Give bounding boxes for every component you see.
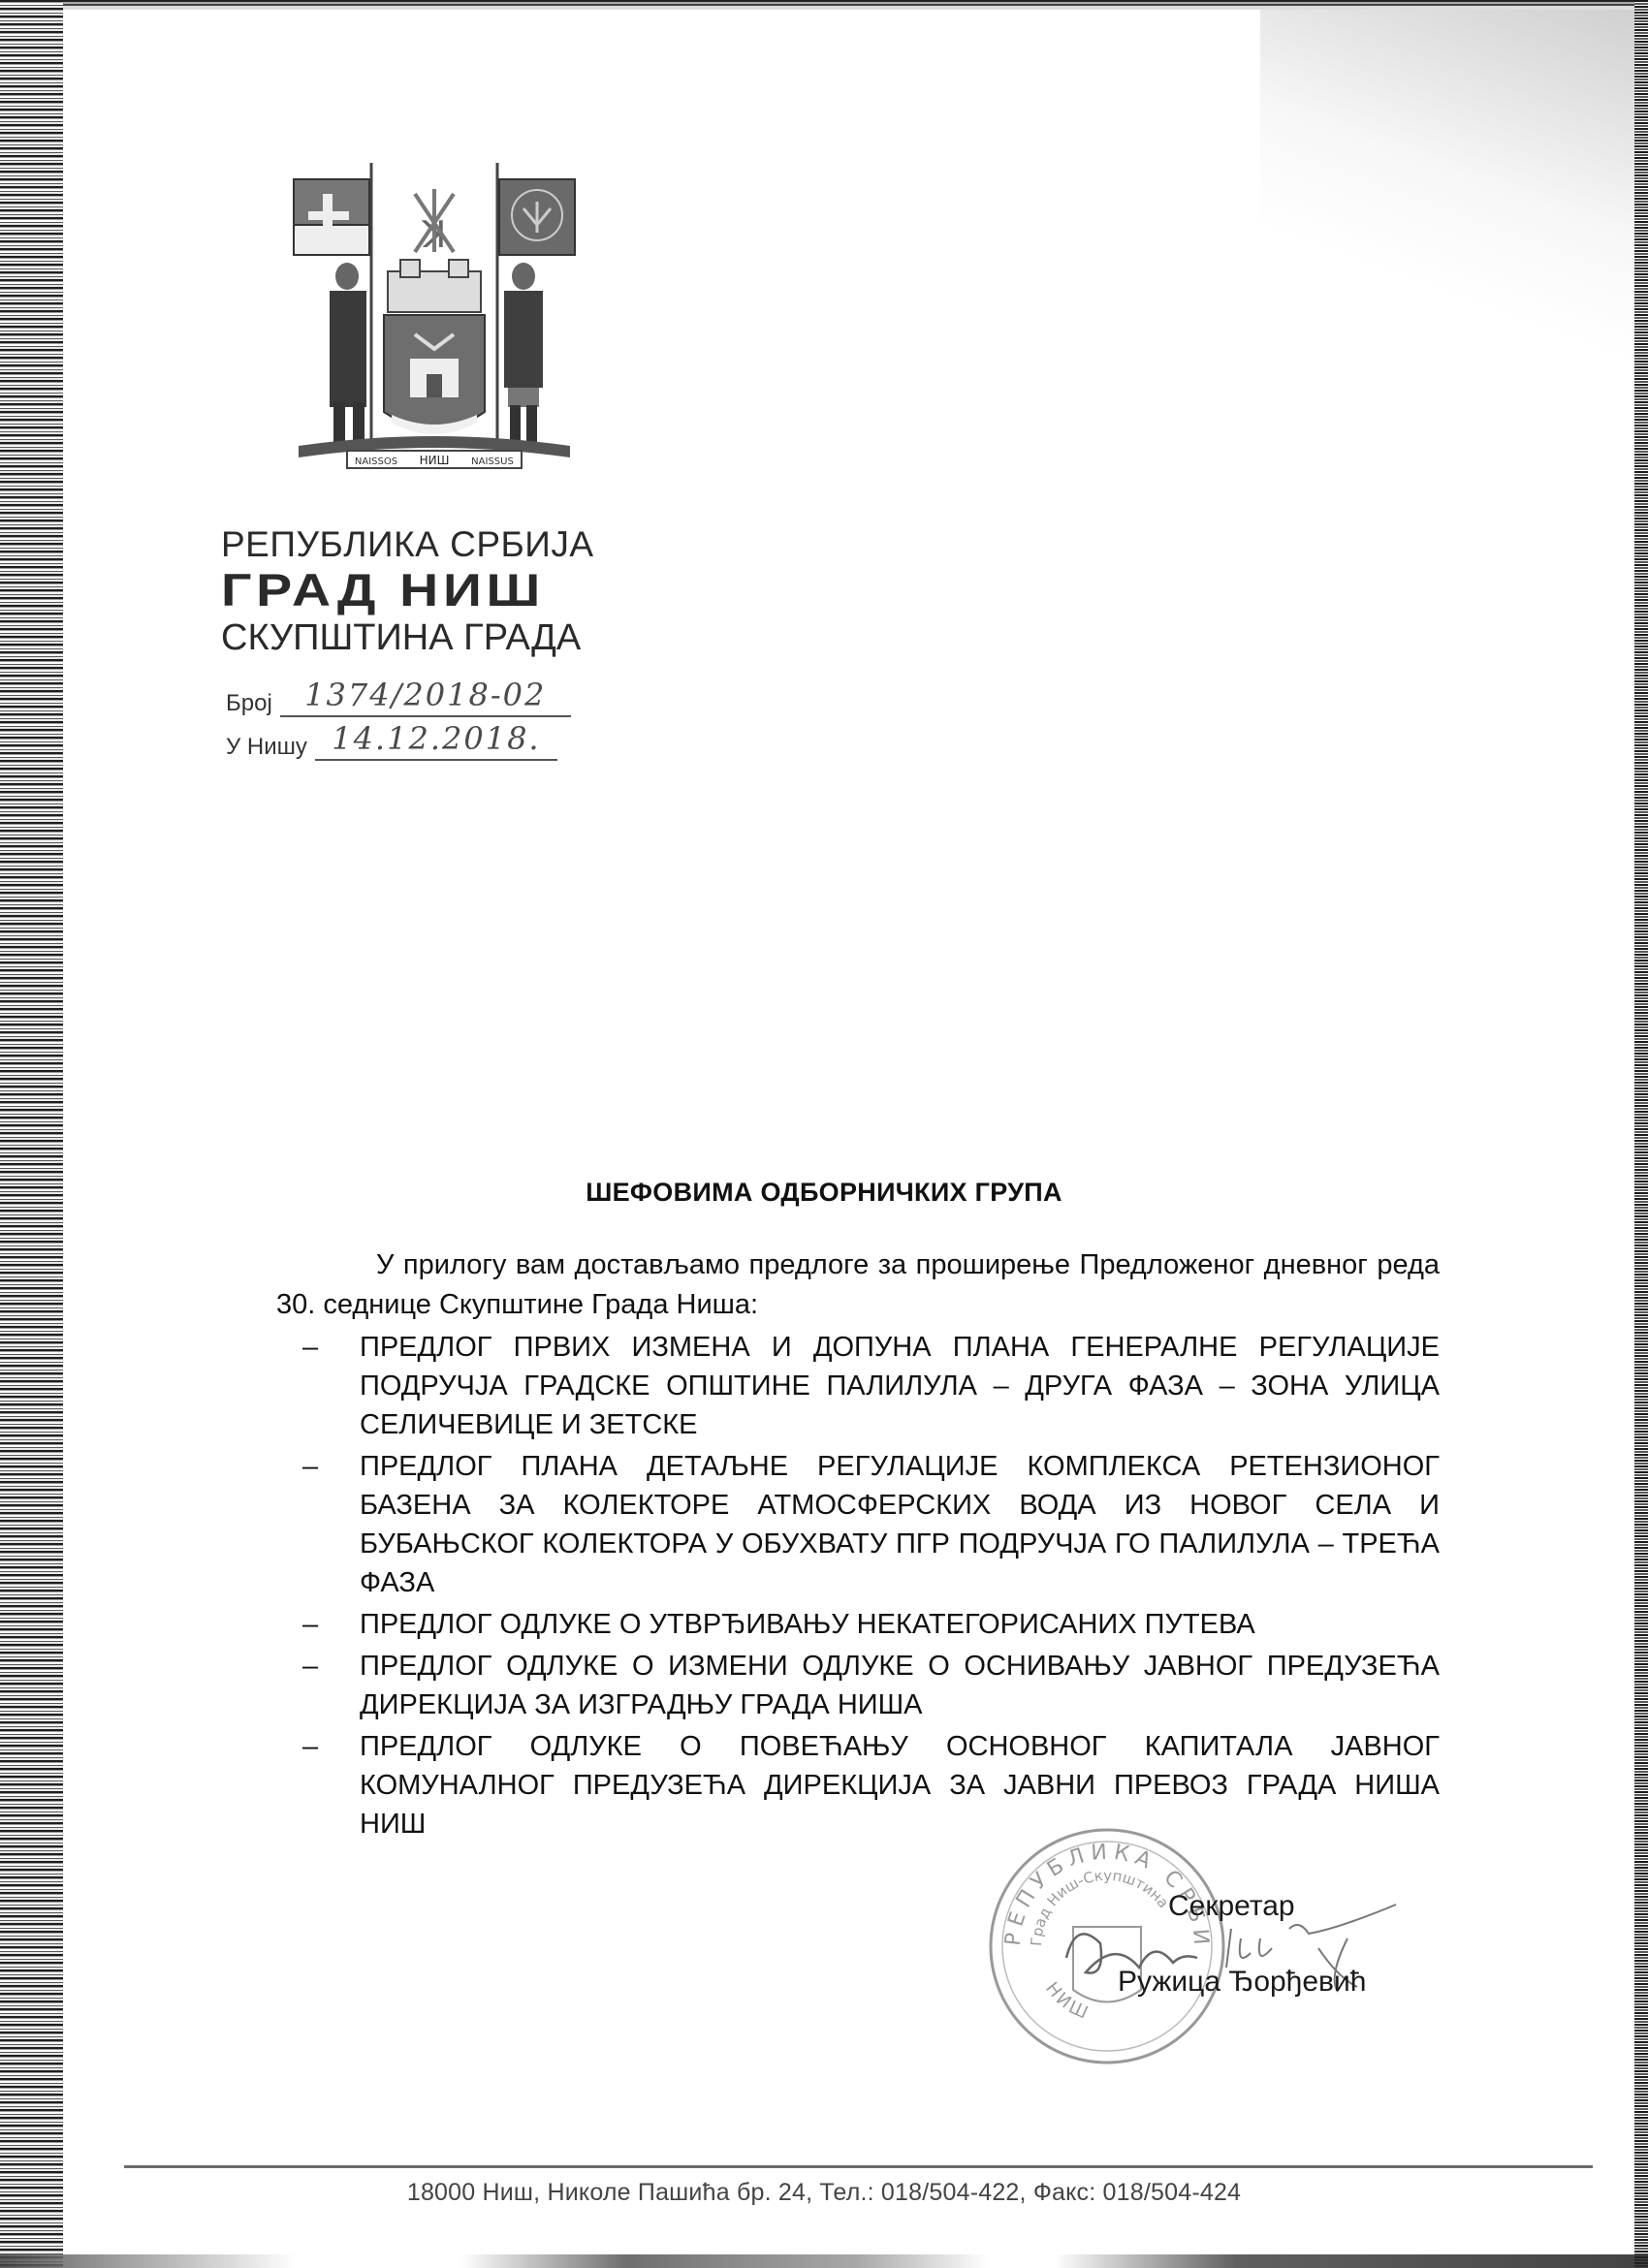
list-item-text: ПРЕДЛОГ ПЛАНА ДЕТАЉНЕ РЕГУЛАЦИЈЕ КОМПЛЕК…: [360, 1451, 1440, 1598]
list-item: –ПРЕДЛОГ ОДЛУКЕ О ПОВЕЋАЊУ ОСНОВНОГ КАПИ…: [291, 1727, 1440, 1843]
reference-number-row: Број 1374/2018-02: [226, 678, 571, 717]
list-item: –ПРЕДЛОГ ПРВИХ ИЗМЕНА И ДОПУНА ПЛАНА ГЕН…: [291, 1328, 1440, 1444]
dash-icon: –: [302, 1447, 318, 1486]
list-item-text: ПРЕДЛОГ ОДЛУКЕ О ИЗМЕНИ ОДЛУКЕ О ОСНИВАЊ…: [360, 1651, 1440, 1720]
reference-number: 1374/2018-02: [280, 677, 571, 713]
svg-text:NAISSUS: NAISSUS: [471, 457, 514, 467]
place-label: У Нишу: [226, 734, 307, 761]
coat-of-arms-icon: ꓘ NAISSOS НИШ NAISSUS: [279, 155, 589, 470]
scan-shadow: [1260, 10, 1634, 378]
scan-edge-bottom: [0, 2254, 1648, 2268]
signatory-role: Секретар: [1168, 1890, 1295, 1923]
dash-icon: –: [302, 1328, 318, 1367]
letterhead-city: ГРАД НИШ: [221, 566, 655, 614]
svg-text:НИШ: НИШ: [420, 454, 450, 467]
letterhead: РЕПУБЛИКА СРБИЈА ГРАД НИШ СКУПШТИНА ГРАД…: [221, 523, 589, 661]
list-item-text: ПРЕДЛОГ ОДЛУКЕ О ПОВЕЋАЊУ ОСНОВНОГ КАПИТ…: [360, 1731, 1440, 1840]
intro-paragraph: У прилогу вам достављамо предлоге за про…: [276, 1245, 1440, 1325]
list-item: –ПРЕДЛОГ ОДЛУКЕ О ИЗМЕНИ ОДЛУКЕ О ОСНИВА…: [291, 1647, 1440, 1724]
date-row: У Нишу 14.12.2018.: [226, 722, 557, 761]
list-item: –ПРЕДЛОГ ОДЛУКЕ О УТВРЂИВАЊУ НЕКАТЕГОРИС…: [291, 1605, 1440, 1644]
dash-icon: –: [302, 1727, 318, 1766]
footer-divider: [124, 2165, 1593, 2168]
document-title: ШЕФОВИМА ОДБОРНИЧКИХ ГРУПА: [0, 1178, 1648, 1208]
list-item-text: ПРЕДЛОГ ОДЛУКЕ О УТВРЂИВАЊУ НЕКАТЕГОРИСА…: [360, 1609, 1255, 1640]
footer-address: 18000 Ниш, Николе Пашића бр. 24, Тел.: 0…: [0, 2179, 1648, 2207]
date-line: 14.12.2018.: [315, 722, 557, 761]
list-item-text: ПРЕДЛОГ ПРВИХ ИЗМЕНА И ДОПУНА ПЛАНА ГЕНЕ…: [360, 1332, 1440, 1440]
scan-edge-top: [0, 0, 1648, 10]
scan-edge-left: [0, 0, 63, 2268]
list-item: –ПРЕДЛОГ ПЛАНА ДЕТАЉНЕ РЕГУЛАЦИЈЕ КОМПЛЕ…: [291, 1447, 1440, 1602]
dash-icon: –: [302, 1647, 318, 1685]
svg-text:NAISSOS: NAISSOS: [355, 457, 397, 467]
date-value: 14.12.2018.: [315, 720, 557, 757]
letterhead-institution: СКУПШТИНА ГРАДА: [221, 614, 589, 661]
reference-label: Број: [226, 690, 272, 717]
scan-edge-right: [1634, 0, 1648, 2268]
reference-line: 1374/2018-02: [280, 678, 571, 717]
dash-icon: –: [302, 1605, 318, 1644]
signatory-name: Ружица Ђорђевић: [1118, 1966, 1366, 1999]
proposal-list: –ПРЕДЛОГ ПРВИХ ИЗМЕНА И ДОПУНА ПЛАНА ГЕН…: [291, 1328, 1440, 1846]
letterhead-country: РЕПУБЛИКА СРБИЈА: [221, 523, 589, 566]
